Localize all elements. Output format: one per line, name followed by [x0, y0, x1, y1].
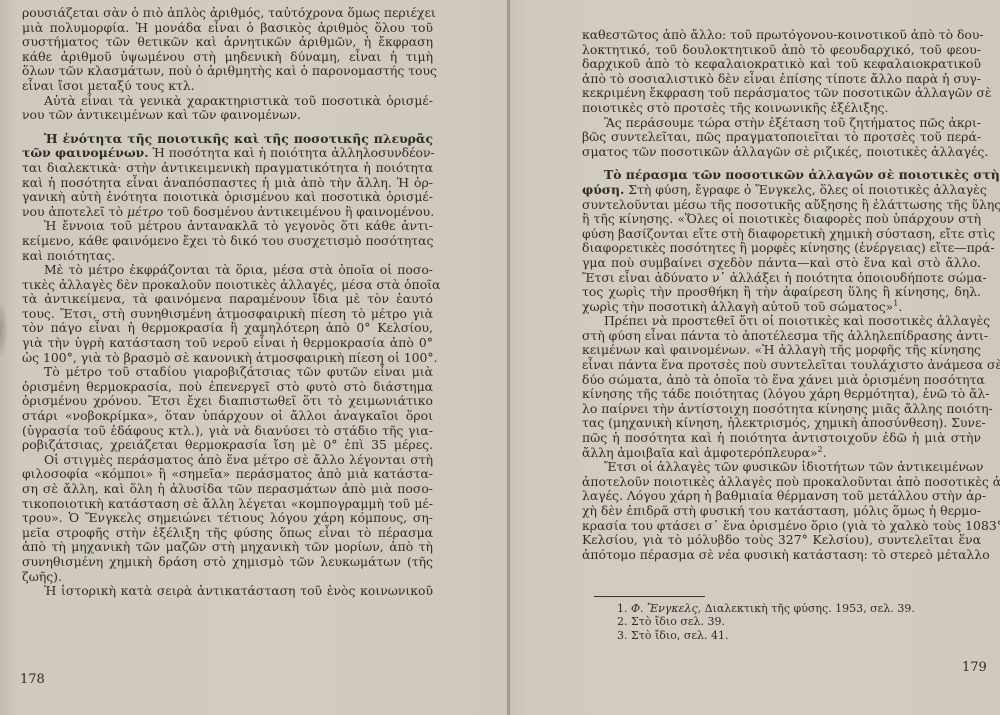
text-line: καθεστῶτος ἀπὸ ἄλλο: τοῦ πρωτόγονου-κοιν…: [582, 28, 981, 43]
text-line: ται διαλεκτικὰ· στὴν ἀντικειμενικὴ πραγμ…: [22, 161, 433, 176]
left-page-text: ρουσιάζεται σὰν ὁ πιὸ ἁπλὸς ἀριθμός, ταὐ…: [22, 6, 433, 599]
text-line: ροβιζάτσιας, χρειάζεται θερμοκρασία ἴση …: [22, 438, 433, 453]
text-line: Ἡ ἱστορικὴ κατὰ σειρὰ ἀντικατάσταση τοῦ …: [22, 584, 433, 599]
text-line: τικοποιοτικὴ κατάσταση σὲ ἄλλη λέγεται «…: [22, 497, 433, 512]
text-line: Ἂς περάσουμε τώρα στὴν ἐξέταση τοῦ ζητήμ…: [582, 116, 981, 131]
text-line: Τὸ πέρασμα τῶν ποσοτικῶν ἀλλαγῶν σὲ ποιο…: [582, 168, 981, 183]
text-line: μεῖα στροφῆς στὴν ἐξέλιξη τῆς φύσης ὅπως…: [22, 526, 433, 541]
text-line: νου τῶν ἀντικειμένων καὶ τῶν φαινομένων.: [22, 108, 433, 123]
footnote-number: 3.: [617, 629, 631, 642]
text-line: τικὲς ἀλλαγὲς δὲν προκαλοῦν ποιοτικὲς ἀλ…: [22, 278, 433, 293]
text-line: φύση. Στὴ φύση, ἔγραφε ὁ Ἔνγκελς, ὅλες ο…: [582, 183, 981, 198]
text-line: Ἡ ἔννοια τοῦ μέτρου ἀντανακλᾶ τὸ γεγονὸς…: [22, 219, 433, 234]
text-line: τος χωρὶς τὴν προσθήκη ἢ τὴν ἀφαίρεση ὕλ…: [582, 285, 981, 300]
page-number-right: 179: [962, 660, 987, 675]
text-line: Μὲ τὸ μέτρο ἐκφράζονται τὰ ὅρια, μέσα στ…: [22, 263, 433, 278]
text-line: Οἱ στιγμὲς περάσματος ἀπὸ ἕνα μέτρο σὲ ἄ…: [22, 453, 433, 468]
text-line: συνηθισμένη χημικὴ δράση στὸ χημισμὸ τῶν…: [22, 555, 433, 570]
text-line: συντελοῦνται μέσω τῆς ποσοτικῆς αὔξησης …: [582, 198, 981, 213]
text-line: τας (μηχανικὴ κίνηση, ἠλεκτρισμός, χημικ…: [582, 416, 981, 431]
text-line: συστήματος τῶν θετικῶν καὶ ἀρνητικῶν ἀρι…: [22, 35, 433, 50]
footnote-item: 2. Στὸ ἴδιο σελ. 39.: [617, 615, 915, 628]
footnote-text: Στὸ ἴδιο σελ. 39.: [631, 615, 725, 628]
page-edge-shadow: [0, 300, 8, 360]
text-line: Τὸ μέτρο τοῦ σταδίου γιαροβιζάτσιας τῶν …: [22, 365, 433, 380]
footnote-rule: [594, 596, 705, 597]
page-number-left: 178: [20, 672, 45, 687]
footnote-text: Διαλεκτικὴ τῆς φύσης. 1953, σελ. 39.: [701, 602, 915, 615]
text-line: γανικὴ αὐτὴ ἑνότητα ποιοτικὰ ὁρισμένου κ…: [22, 190, 433, 205]
left-page: ρουσιάζεται σὰν ὁ πιὸ ἁπλὸς ἀριθμός, ταὐ…: [0, 0, 507, 715]
text-line: γμα ποὺ συμβαίνει σχεδὸν πάντα—καὶ στὸ ἕ…: [582, 256, 981, 271]
book-gutter: [507, 0, 510, 715]
text-line: ὁρισμένου χρόνου. Ἔτσι ἔχει διαπιστωθεῖ …: [22, 394, 433, 409]
text-line: ἀπὸ τὴ μηχανικὴ τῶν μαζῶν στὴ μηχανικὴ τ…: [22, 540, 433, 555]
text-line: ἀπότομο πέρασμα σὲ νέα φυσικὴ κατάσταση:…: [582, 548, 981, 563]
text-line: εἶναι ἴσοι μεταξύ τους κτλ.: [22, 79, 433, 94]
section-heading: τῶν φαινομένων.: [22, 145, 149, 160]
text-line: ρουσιάζεται σὰν ὁ πιὸ ἁπλὸς ἀριθμός, ταὐ…: [22, 6, 433, 21]
text-run: .: [823, 445, 827, 460]
text-line: Ἔτσι εἶναι ἀδύνατο ν᾽ ἀλλάξει ἡ ποιότητα…: [582, 271, 981, 286]
text-line: λαγές. Λόγου χάρη ἡ βαθμιαία θέρμανση το…: [582, 489, 981, 504]
text-run: νου ἀποτελεῖ τὸ: [22, 204, 127, 219]
text-line: δαρχικοῦ ἀπὸ τὸ κεφαλαιοκρατικὸ καὶ τοῦ …: [582, 57, 981, 72]
text-line: Πρέπει νὰ προστεθεῖ ὅτι οἱ ποιοτικὲς καὶ…: [582, 314, 981, 329]
text-line: (ὑγρασία τοῦ ἐδάφους κτλ.), γιὰ νὰ διανύ…: [22, 424, 433, 439]
text-line: κείμενο, κάθε φαινόμενο ἔχει τὸ δικό του…: [22, 234, 433, 249]
text-line: εἶναι πάντα ἕνα προτσὲς ποὺ συντελεῖται …: [582, 358, 981, 373]
section-heading: Τὸ πέρασμα τῶν ποσοτικῶν ἀλλαγῶν σὲ ποιο…: [604, 167, 1000, 182]
text-line: γιὰ τὴν ὑγρὴ κατάσταση τοῦ νεροῦ εἶναι ἡ…: [22, 336, 433, 351]
footnote-author: Φ. Ἔνγκελς,: [631, 602, 701, 615]
text-line: χὴ δὲν ἐπιδρᾶ στὴ φυσική του κατάσταση, …: [582, 504, 981, 519]
text-line: Ἡ ἑνότητα τῆς ποιοτικῆς καὶ τῆς ποσοτικῆ…: [22, 132, 433, 147]
text-run: .: [898, 299, 902, 314]
text-line: στὴ φύση εἶναι πάντα τὸ ἀποτέλεσμα τῆς ἀ…: [582, 329, 981, 344]
text-line: ἀποτελοῦν ποιοτικὲς ἀλλαγὲς ποὺ προκαλοῦ…: [582, 475, 981, 490]
text-line: ἢ τῆς κίνησης. «Ὅλες οἱ ποιοτικὲς διαφορ…: [582, 212, 981, 227]
text-line: πῶς ἡ ποσότητα καὶ ἡ ποιότητα ἀντιστοιχο…: [582, 431, 981, 446]
section-heading: φύση.: [582, 182, 624, 197]
text-line: Ἔτσι οἱ ἀλλαγὲς τῶν φυσικῶν ἰδιοτήτων τῶ…: [582, 460, 981, 475]
text-line: λο παίρνει τὴν ἀντίστοιχη ποσότητα κίνησ…: [582, 402, 981, 417]
text-line: βῶς συντελεῖται, πῶς πραγματοποιεῖται τὸ…: [582, 130, 981, 145]
text-line: ὁρισμένη θερμοκρασία, ποὺ ἐπενεργεῖ στὸ …: [22, 380, 433, 395]
text-run: χωρὶς τὴν ποσοτικὴ ἀλλαγὴ αὐτοῦ τοῦ σώμα…: [582, 299, 893, 314]
text-line: ἀπὸ τὸ σοσιαλιστικὸ δὲν εἶναι ἐπίσης τίπ…: [582, 72, 981, 87]
text-line: στάρι «νοβοκρίμκα», ὅταν ὑπάρχουν οἱ ἄλλ…: [22, 409, 433, 424]
text-line: κάθε ἀριθμοῦ ὑψωμένου στὴ μηδενικὴ δύναμ…: [22, 50, 433, 65]
text-run: ἄλλη ἀμοιβαῖα καὶ ἀμφοτερόπλευρα»: [582, 445, 818, 460]
footnote-text: Στὸ ἴδιο, σελ. 41.: [631, 629, 729, 642]
text-line: τρου». Ὁ Ἔνγκελς σημειώνει τέτιους λόγου…: [22, 511, 433, 526]
text-line: Κελσίου, γιὰ τὸ μόλυβδο τοὺς 327° Κελσίο…: [582, 533, 981, 548]
emphasis-term: μέτρο: [127, 204, 163, 219]
text-line: νου ἀποτελεῖ τὸ μέτρο τοῦ δοσμένου ἀντικ…: [22, 205, 433, 220]
text-line: ἄλλη ἀμοιβαῖα καὶ ἀμφοτερόπλευρα»2.: [582, 446, 981, 461]
right-page-text: καθεστῶτος ἀπὸ ἄλλο: τοῦ πρωτόγονου-κοιν…: [582, 28, 981, 562]
text-line: λοκτητικό, τοῦ δουλοκτητικοῦ ἀπὸ τὸ φεου…: [582, 43, 981, 58]
text-run: Στὴ φύση, ἔγραφε ὁ Ἔνγκελς, ὅλες οἱ ποιο…: [624, 182, 987, 197]
text-line: καὶ ἡ ποσότητα εἶναι ἀναπόσπαστες ἡ μιὰ …: [22, 176, 433, 191]
text-line: κεκριμένη ἔκφραση τοῦ περάσματος τῶν ποσ…: [582, 86, 981, 101]
text-line: φύση βασίζονται εἴτε στὴ διαφορετικὴ χημ…: [582, 227, 981, 242]
text-line: φιλοσοφία «κόμποι» ἢ «σημεῖα» περάσματος…: [22, 467, 433, 482]
text-line: ση σὲ ἄλλη, καὶ ὅλη ἡ ἁλυσίδα τῶν περασμ…: [22, 482, 433, 497]
text-run: Ἡ ποσότητα καὶ ἡ ποιότητα ἀλληλοσυνδέον-: [149, 145, 435, 160]
footnotes: 1. Φ. Ἔνγκελς, Διαλεκτικὴ τῆς φύσης. 195…: [617, 602, 915, 642]
section-heading: Ἡ ἑνότητα τῆς ποιοτικῆς καὶ τῆς ποσοτικῆ…: [44, 131, 433, 146]
footnote-item: 1. Φ. Ἔνγκελς, Διαλεκτικὴ τῆς φύσης. 195…: [617, 602, 915, 615]
text-line: κειμένων καὶ φαινομένων. «Ἡ ἀλλαγὴ τῆς μ…: [582, 343, 981, 358]
text-line: κρασία του φτάσει σ᾽ ἕνα ὁρισμένο ὅριο (…: [582, 519, 981, 534]
text-line: ὅλων τῶν κλασμάτων, ποὺ ὁ ἀριθμητὴς καὶ …: [22, 64, 433, 79]
right-page: καθεστῶτος ἀπὸ ἄλλο: τοῦ πρωτόγονου-κοιν…: [507, 0, 1000, 715]
footnote-item: 3. Στὸ ἴδιο, σελ. 41.: [617, 629, 915, 642]
footnote-number: 1.: [617, 602, 631, 615]
footnote-number: 2.: [617, 615, 631, 628]
text-line: κίνησης τῆς τάδε ποιότητας (λόγου χάρη θ…: [582, 387, 981, 402]
text-line: διαφορετικὲς ποσότητες ἢ μορφὲς κίνησης …: [582, 241, 981, 256]
text-line: Αὐτὰ εἶναι τὰ γενικὰ χαρακτηριστικὰ τοῦ …: [22, 94, 433, 109]
text-line: δύο σώματα, ἀπὸ τὰ ὁποῖα τὸ ἕνα χάνει μι…: [582, 373, 981, 388]
text-line: σματος τῶν ποσοτικῶν ἀλλαγῶν σὲ ριζικές,…: [582, 145, 981, 160]
text-line: χωρὶς τὴν ποσοτικὴ ἀλλαγὴ αὐτοῦ τοῦ σώμα…: [582, 300, 981, 315]
text-run: τοῦ δοσμένου ἀντικειμένου ἢ φαινομένου.: [163, 204, 434, 219]
text-line: μιὰ πολυμορφία. Ἡ μονάδα εἶναι ὁ βασικὸς…: [22, 21, 433, 36]
text-line: ποιοτικὲς στὸ προτσὲς τῆς κοινωνικῆς ἐξέ…: [582, 101, 981, 116]
book-spread: ρουσιάζεται σὰν ὁ πιὸ ἁπλὸς ἀριθμός, ταὐ…: [0, 0, 1000, 715]
text-line: τὰ ἀντικείμενα, τὰ φαινόμενα παραμένουν …: [22, 292, 433, 307]
text-line: τὸν πάγο εἶναι ἡ θερμοκρασία ἢ χαμηλότερ…: [22, 321, 433, 336]
text-line: τῶν φαινομένων. Ἡ ποσότητα καὶ ἡ ποιότητ…: [22, 146, 433, 161]
text-line: ζωῆς).: [22, 570, 433, 585]
text-line: καὶ ποιότητας.: [22, 249, 433, 264]
